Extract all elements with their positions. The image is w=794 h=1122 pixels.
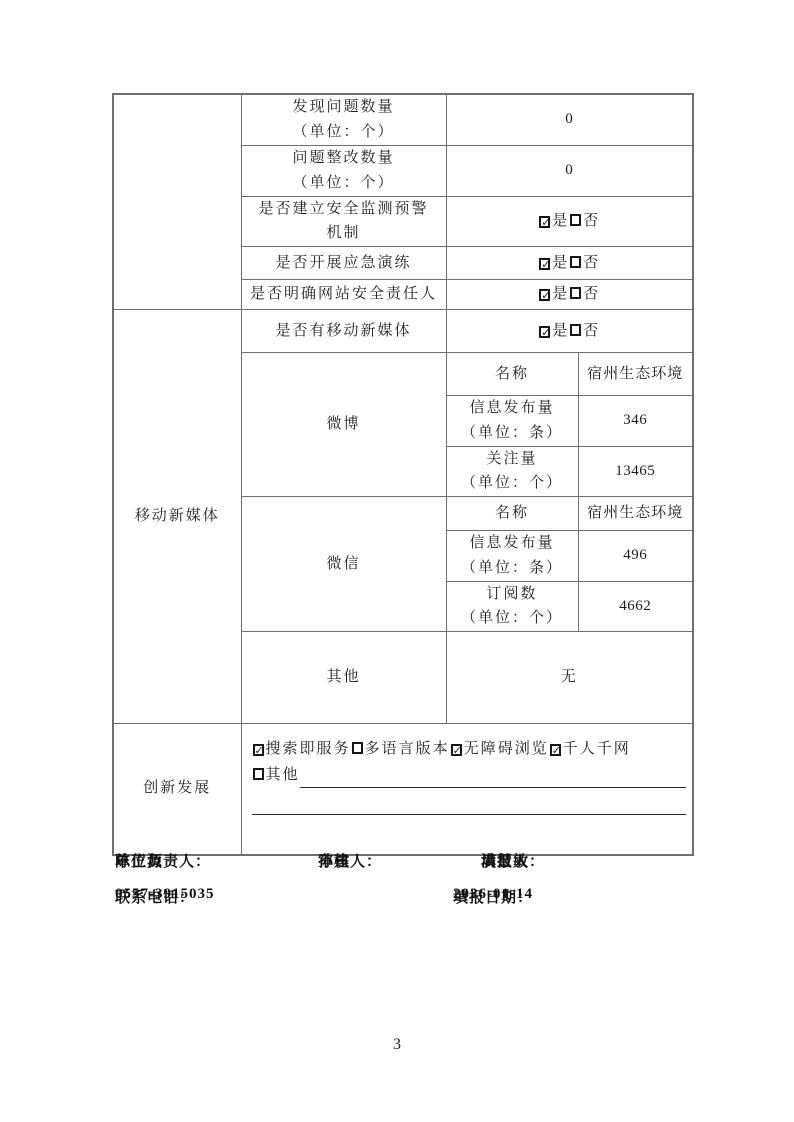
innovation-other-checkbox: 其他 — [252, 762, 300, 788]
weibo-followers-label: 关注量 （单位：个） — [446, 446, 578, 497]
row-label-problems-fixed: 问题整改数量 （单位：个） — [241, 145, 446, 196]
section-label-mobile-media: 移动新媒体 — [113, 310, 241, 724]
innovation-options-checkboxes: ✓搜索即服务多语言版本✓无障碍浏览✓千人千网 — [252, 736, 687, 762]
contact-phone-value: 0557-3915035 — [115, 886, 215, 903]
reviewer-name: 孙建 — [318, 850, 350, 871]
row-value-security-officer-checkbox: ✓是否 — [446, 280, 693, 310]
unchecked-checkbox-icon — [570, 214, 581, 226]
weibo-name-label: 名称 — [446, 353, 578, 396]
unit-head-name: 陈正源 — [115, 850, 163, 871]
report-date-value: 2026-01-14 — [453, 886, 533, 903]
row-label-has-mobile-media: 是否有移动新媒体 — [241, 310, 446, 353]
checked-checkbox-icon: ✓ — [253, 744, 264, 756]
row-label-other-media: 其他 — [241, 632, 446, 724]
row-label-emergency-drill: 是否开展应急演练 — [241, 247, 446, 280]
checked-checkbox-icon: ✓ — [539, 216, 550, 228]
checked-checkbox-icon: ✓ — [550, 744, 561, 756]
row-value-warning-mechanism-checkbox: ✓是否 — [446, 196, 693, 247]
innovation-content-cell: ✓搜索即服务多语言版本✓无障碍浏览✓千人千网 其他 — [241, 724, 693, 855]
row-value-other-media: 无 — [446, 632, 693, 724]
section-label-innovation: 创新发展 — [113, 724, 241, 855]
row-value-problems-fixed: 0 — [446, 145, 693, 196]
wechat-posts-label: 信息发布量 （单位：条） — [446, 531, 578, 582]
wechat-name-label: 名称 — [446, 497, 578, 531]
section-cell-empty — [113, 94, 241, 310]
wechat-name-value: 宿州生态环境 — [578, 497, 693, 531]
filler-name: 满慧敏 — [481, 850, 529, 871]
unchecked-checkbox-icon — [570, 256, 581, 268]
checked-checkbox-icon: ✓ — [539, 258, 550, 270]
checked-checkbox-icon: ✓ — [539, 326, 550, 338]
wechat-subscribers-label: 订阅数 （单位：个） — [446, 581, 578, 632]
unchecked-checkbox-icon — [352, 742, 363, 754]
weibo-followers-value: 13465 — [578, 446, 693, 497]
unchecked-checkbox-icon — [253, 768, 264, 780]
platform-label-wechat: 微信 — [241, 497, 446, 632]
signature-footer: 单位负责人：陈正源 审核人：孙建 填报人：满慧敏 联系电话：0557-39150… — [0, 848, 794, 918]
extra-fill-in-line — [252, 788, 687, 815]
unchecked-checkbox-icon — [570, 287, 581, 299]
row-label-warning-mechanism: 是否建立安全监测预警 机制 — [241, 196, 446, 247]
checked-checkbox-icon: ✓ — [539, 289, 550, 301]
weibo-name-value: 宿州生态环境 — [578, 353, 693, 396]
checked-checkbox-icon: ✓ — [451, 744, 462, 756]
row-label-problems-found: 发现问题数量 （单位：个） — [241, 94, 446, 145]
platform-label-weibo: 微博 — [241, 353, 446, 497]
wechat-posts-value: 496 — [578, 531, 693, 582]
weibo-posts-label: 信息发布量 （单位：条） — [446, 396, 578, 447]
row-value-problems-found: 0 — [446, 94, 693, 145]
document-page: 发现问题数量 （单位：个） 0 问题整改数量 （单位：个） 0 是否建立安全监测… — [0, 0, 794, 1122]
row-label-security-officer: 是否明确网站安全责任人 — [241, 280, 446, 310]
wechat-subscribers-value: 4662 — [578, 581, 693, 632]
report-form-table: 发现问题数量 （单位：个） 0 问题整改数量 （单位：个） 0 是否建立安全监测… — [112, 93, 694, 856]
other-fill-in-line — [300, 766, 686, 788]
row-value-has-mobile-media-checkbox: ✓是否 — [446, 310, 693, 353]
page-number: 3 — [0, 1036, 794, 1054]
weibo-posts-value: 346 — [578, 396, 693, 447]
unchecked-checkbox-icon — [570, 324, 581, 336]
row-value-emergency-drill-checkbox: ✓是否 — [446, 247, 693, 280]
